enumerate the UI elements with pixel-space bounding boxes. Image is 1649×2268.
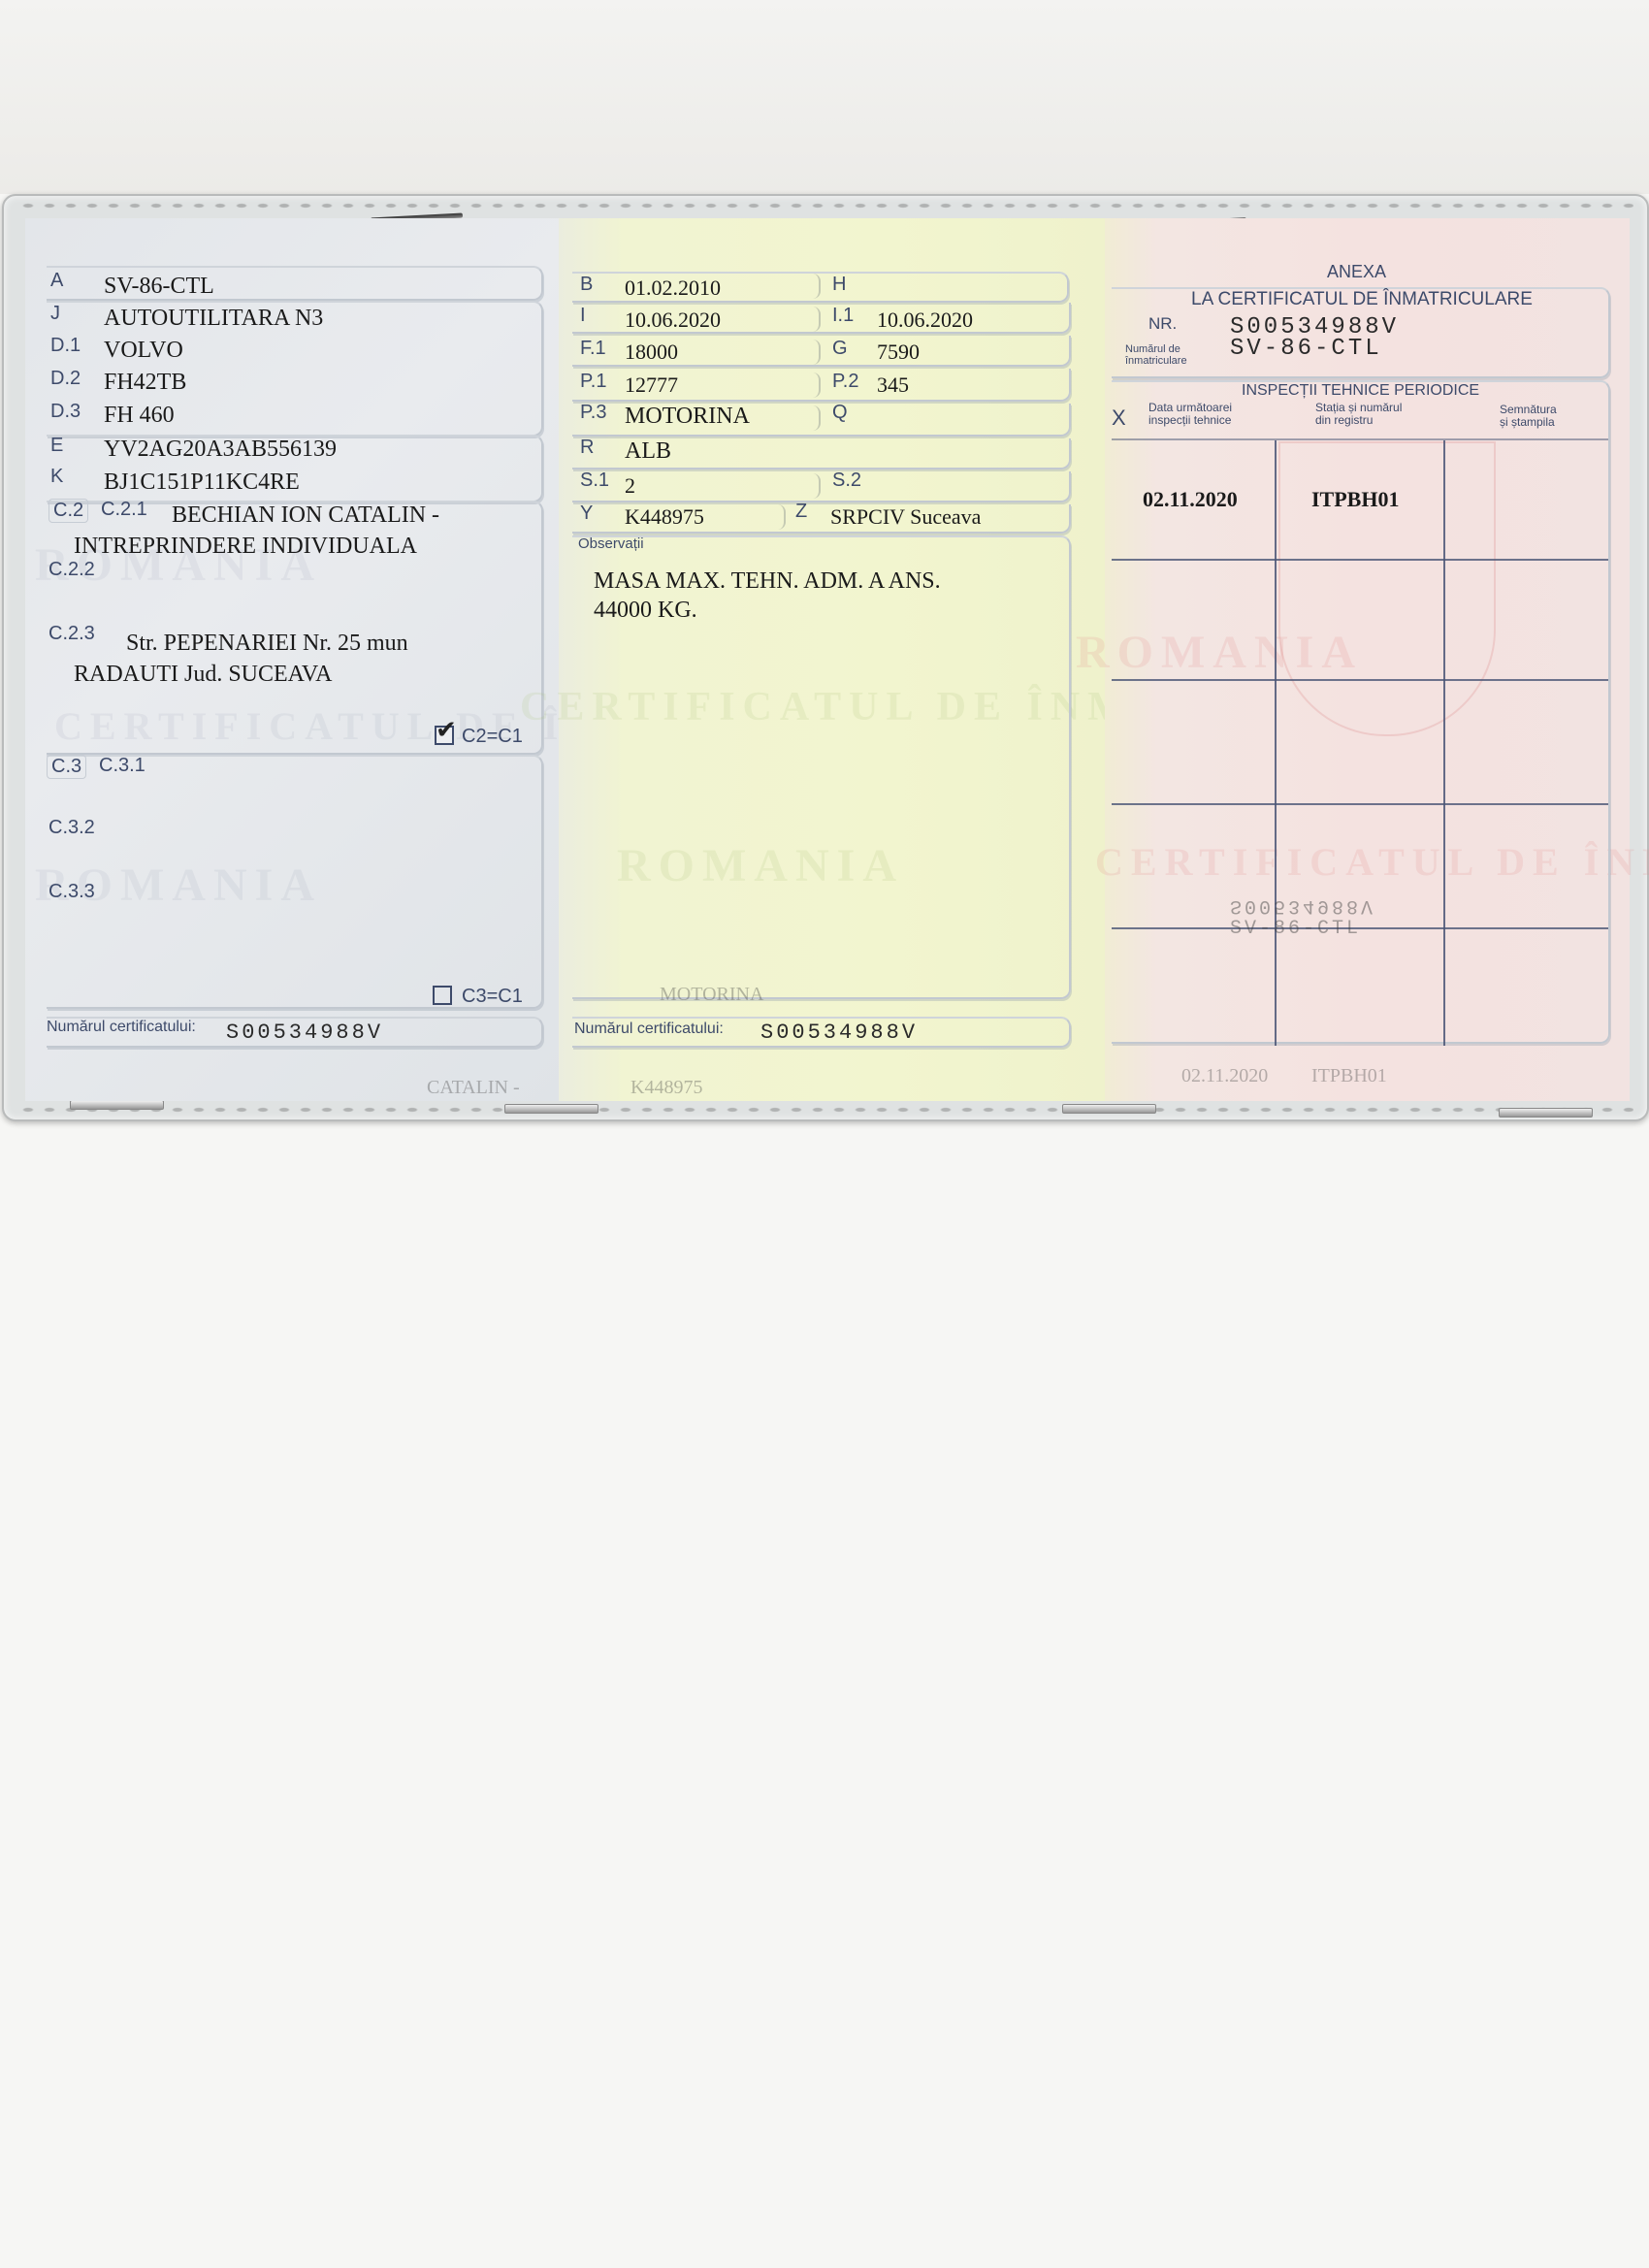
field-code-a: A [50, 270, 63, 292]
vehicle-model: FH 460 [104, 403, 175, 429]
checkbox-label-c3-c1: C3=C1 [462, 986, 523, 1008]
bleed-through-reg: SV-86-CTL [1230, 918, 1361, 940]
checkbox-label-c2-c1: C2=C1 [462, 726, 523, 748]
vehicle-type: FH42TB [104, 370, 186, 396]
inspections-row-divider [1112, 803, 1608, 805]
staple-icon [70, 1100, 164, 1110]
annex-subtitle: LA CERTIFICATUL DE ÎNMATRICULARE [1191, 289, 1533, 310]
inspections-title: INSPECȚII TEHNICE PERIODICE [1242, 382, 1479, 400]
inspections-header-rule [1112, 438, 1608, 440]
field-code-p1: P.1 [580, 371, 606, 393]
field-code-j: J [50, 303, 60, 325]
field-code-c22: C.2.2 [48, 559, 95, 581]
field-code-p3: P.3 [580, 402, 606, 424]
type-approval-number: BJ1C151P11KC4RE [104, 470, 300, 496]
field-divider [811, 405, 821, 431]
field-code-d2: D.2 [50, 368, 81, 390]
first-registration-date: 01.02.2010 [625, 275, 721, 301]
field-code-d1: D.1 [50, 335, 81, 357]
field-code-g: G [832, 338, 848, 360]
inspections-col-divider [1443, 440, 1445, 1046]
column-header-signature-line2: și ștampila [1500, 416, 1557, 429]
staple-icon [504, 1104, 598, 1114]
field-code-y: Y [580, 502, 593, 525]
field-code-e: E [50, 435, 63, 457]
cert-number-mid: S00534988V [760, 1021, 918, 1045]
annex-title: ANEXA [1327, 262, 1386, 282]
annex-reg-label-line1: Numărul de [1125, 343, 1187, 355]
staple-icon [1499, 1108, 1593, 1118]
seating-capacity: 2 [625, 473, 635, 499]
annex-nr-label: NR. [1148, 314, 1177, 334]
column-header-signature: Semnătura și ștampila [1500, 404, 1557, 429]
field-code-k: K [50, 466, 63, 488]
field-code-r: R [580, 437, 594, 459]
identity-card-number: K448975 [625, 504, 704, 530]
cert-number-label-mid: Numărul certificatului: [574, 1021, 724, 1038]
column-header-station-line2: din registru [1315, 414, 1402, 427]
holder-name-line2: INTREPRINDERE INDIVIDUALA [74, 534, 417, 560]
issuing-authority: SRPCIV Suceava [830, 504, 981, 530]
registration-number: SV-86-CTL [104, 274, 214, 300]
field-code-h: H [832, 274, 846, 296]
field-code-i: I [580, 305, 586, 327]
field-code-c32: C.3.2 [48, 817, 95, 839]
engine-capacity: 12777 [625, 373, 678, 398]
field-code-d3: D.3 [50, 401, 81, 423]
certificate-issue-date: 10.06.2020 [877, 308, 973, 333]
bleed-through-date: 02.11.2020 [1181, 1065, 1268, 1087]
inspections-x-label: X [1112, 405, 1126, 431]
field-divider [811, 274, 821, 299]
field-divider [811, 373, 821, 398]
staple-icon [1062, 1104, 1156, 1114]
holder-address-line1: Str. PEPENARIEI Nr. 25 mun [126, 631, 408, 657]
field-code-c23: C.2.3 [48, 623, 95, 645]
vehicle-mass: 7590 [877, 340, 920, 365]
vehicle-category: AUTOUTILITARA N3 [104, 306, 323, 332]
field-code-i1: I.1 [832, 305, 854, 327]
observatii-label: Observații [578, 535, 644, 552]
inspection-station: ITPBH01 [1311, 487, 1399, 512]
inspections-row-divider [1112, 679, 1608, 681]
inspections-col-divider [1275, 440, 1277, 1046]
checkmark-icon: ✔ [436, 716, 457, 745]
vehicle-make: VOLVO [104, 338, 183, 364]
field-code-f1: F.1 [580, 338, 606, 360]
field-divider [811, 307, 821, 332]
bleed-through-text: CATALIN - [427, 1077, 520, 1099]
inspections-box [1112, 380, 1610, 1044]
inspection-date: 02.11.2020 [1143, 487, 1238, 512]
inspections-row-divider [1112, 559, 1608, 561]
annex-reg-label: Numărul de înmatriculare [1125, 343, 1187, 367]
field-code-c33: C.3.3 [48, 881, 95, 903]
field-code-s2: S.2 [832, 470, 861, 492]
field-code-b: B [580, 274, 593, 296]
field-divider [811, 340, 821, 365]
holder-name-line1: BECHIAN ION CATALIN - [172, 502, 439, 529]
annex-reg-label-line2: înmatriculare [1125, 355, 1187, 367]
column-header-date: Data următoarei inspecții tehnice [1148, 402, 1232, 427]
field-code-c3: C.3 [47, 755, 86, 779]
bleed-through-text: K448975 [630, 1077, 702, 1099]
field-code-c31: C.3.1 [99, 755, 145, 777]
cert-number-label-left: Numărul certificatului: [47, 1019, 196, 1036]
vin-number: YV2AG20A3AB556139 [104, 437, 337, 463]
field-code-c21: C.2.1 [101, 499, 147, 521]
field-box-s1 [572, 471, 1071, 502]
vehicle-color: ALB [625, 438, 671, 465]
scan-background-top [0, 0, 1649, 194]
sleeve-stitch-top [17, 202, 1633, 210]
column-header-date-line2: inspecții tehnice [1148, 414, 1232, 427]
field-divider [776, 504, 786, 530]
field-code-z: Z [795, 501, 807, 523]
field-code-q: Q [832, 402, 848, 424]
sleeve-stitch-bottom [17, 1106, 1633, 1114]
field-code-c2: C.2 [48, 499, 88, 523]
engine-power: 345 [877, 373, 909, 398]
registration-date: 10.06.2020 [625, 308, 721, 333]
bleed-through-nr: S00534988V [1230, 894, 1375, 917]
cert-number-left: S00534988V [226, 1021, 383, 1045]
bleed-through-station: ITPBH01 [1311, 1065, 1387, 1087]
bleed-through-text: MOTORINA [660, 984, 763, 1006]
fuel-type: MOTORINA [625, 404, 750, 430]
checkbox-c3-equals-c1[interactable] [433, 986, 452, 1005]
holder-address-line2: RADAUTI Jud. SUCEAVA [74, 662, 332, 688]
observatii-line1: MASA MAX. TEHN. ADM. A ANS. [594, 568, 941, 595]
column-header-station: Stația și numărul din registru [1315, 402, 1402, 427]
field-box-c3 [47, 755, 543, 1009]
field-code-p2: P.2 [832, 371, 858, 393]
field-divider [811, 473, 821, 499]
annex-reg-value: SV-86-CTL [1230, 336, 1382, 362]
field-code-s1: S.1 [580, 470, 609, 492]
max-permissible-mass: 18000 [625, 340, 678, 365]
observatii-line2: 44000 KG. [594, 598, 697, 624]
